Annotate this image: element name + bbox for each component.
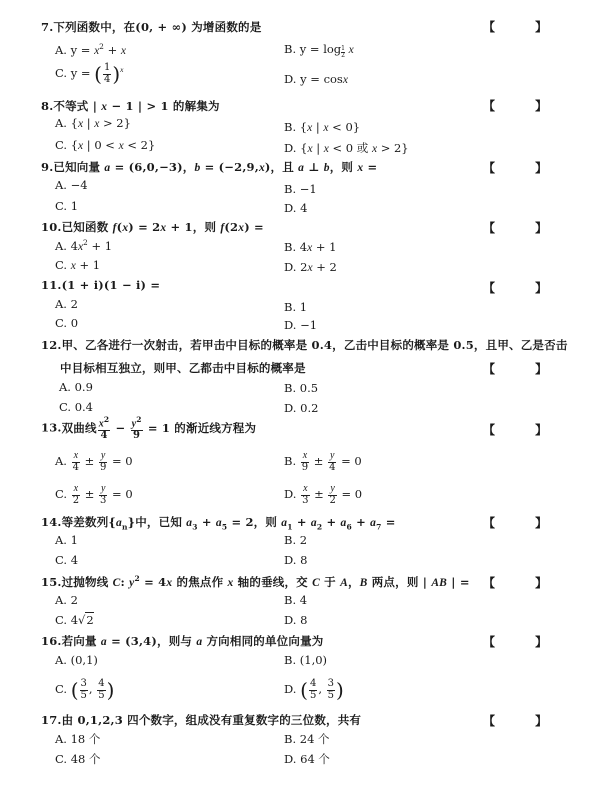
option-8a[interactable]: A. {x | x > 2} bbox=[55, 116, 131, 130]
question-7-stem: 7.下列函数中，在(0, + ∞) 为增函数的是 bbox=[41, 19, 261, 35]
option-17a[interactable]: A. 18 个 bbox=[55, 731, 100, 747]
question-10-stem: 10.已知函数 f(x) = 2x + 1，则 f(2x) = bbox=[41, 219, 264, 235]
option-11b[interactable]: B. 1 bbox=[284, 300, 307, 314]
option-14d[interactable]: D. 8 bbox=[284, 553, 307, 567]
option-16b[interactable]: B. (1,0) bbox=[284, 653, 327, 667]
option-10c[interactable]: C. x + 1 bbox=[55, 258, 100, 272]
option-8b[interactable]: B. {x | x < 0} bbox=[284, 120, 360, 134]
option-9b[interactable]: B. −1 bbox=[284, 182, 317, 196]
option-14b[interactable]: B. 2 bbox=[284, 533, 307, 547]
question-text: 过抛物线 C: y2 = 4x 的焦点作 x 轴的垂线，交 C 于 A，B 两点… bbox=[62, 575, 470, 589]
question-text: 已知函数 f(x) = 2x + 1，则 f(2x) = bbox=[62, 220, 264, 234]
question-number: 11. bbox=[41, 278, 62, 292]
option-15a[interactable]: A. 2 bbox=[55, 593, 78, 607]
option-12a[interactable]: A. 0.9 bbox=[59, 380, 93, 394]
option-15d[interactable]: D. 8 bbox=[284, 613, 307, 627]
option-12b[interactable]: B. 0.5 bbox=[284, 381, 318, 395]
answer-bracket-15[interactable]: 【 】 bbox=[483, 574, 565, 591]
answer-bracket-14[interactable]: 【 】 bbox=[483, 514, 565, 531]
question-number: 9. bbox=[41, 160, 53, 174]
question-12-stem: 12.甲、乙各进行一次射击，若甲击中目标的概率是 0.4，乙击中目标的概率是 0… bbox=[41, 337, 568, 353]
option-12d[interactable]: D. 0.2 bbox=[284, 401, 318, 415]
option-10b[interactable]: B. 4x + 1 bbox=[284, 240, 336, 254]
option-9c[interactable]: C. 1 bbox=[55, 199, 78, 213]
option-11c[interactable]: C. 0 bbox=[55, 316, 78, 330]
option-15b[interactable]: B. 4 bbox=[284, 593, 307, 607]
question-text: 已知向量 a = (6,0,−3)，b = (−2,9,x)，且 a ⊥ b，则… bbox=[53, 160, 377, 174]
option-14c[interactable]: C. 4 bbox=[55, 553, 78, 567]
question-number: 14. bbox=[41, 515, 62, 529]
question-16-stem: 16.若向量 a = (3,4)，则与 a 方向相同的单位向量为 bbox=[41, 633, 323, 649]
option-16d[interactable]: D. (45, 35) bbox=[284, 678, 344, 702]
option-12c[interactable]: C. 0.4 bbox=[59, 400, 93, 414]
question-text: 由 0,1,2,3 四个数字，组成没有重复数字的三位数，共有 bbox=[62, 713, 362, 727]
option-13d[interactable]: D. x3 ± y2 = 0 bbox=[284, 484, 362, 506]
answer-bracket-17[interactable]: 【 】 bbox=[483, 712, 565, 729]
option-8c[interactable]: C. {x | 0 < x < 2} bbox=[55, 138, 155, 152]
question-text: 双曲线x24 − y29 = 1 的渐近线方程为 bbox=[62, 421, 257, 435]
option-13b[interactable]: B. x9 ± y4 = 0 bbox=[284, 451, 362, 473]
answer-bracket-11[interactable]: 【 】 bbox=[483, 279, 565, 296]
option-11d[interactable]: D. −1 bbox=[284, 318, 317, 332]
option-9d[interactable]: D. 4 bbox=[284, 201, 307, 215]
option-9a[interactable]: A. −4 bbox=[55, 178, 88, 192]
question-text: 下列函数中，在(0, + ∞) 为增函数的是 bbox=[53, 20, 261, 34]
question-number: 17. bbox=[41, 713, 62, 727]
question-text: 不等式 | x − 1 | > 1 的解集为 bbox=[53, 99, 219, 113]
answer-bracket-9[interactable]: 【 】 bbox=[483, 159, 565, 176]
question-text: 等差数列{an}中，已知 a3 + a5 = 2，则 a1 + a2 + a6 … bbox=[62, 515, 396, 529]
question-text: (1 + i)(1 − i) = bbox=[62, 278, 161, 292]
answer-bracket-12[interactable]: 【 】 bbox=[483, 360, 565, 377]
option-13a[interactable]: A. x4 ± y9 = 0 bbox=[55, 451, 133, 473]
option-16a[interactable]: A. (0,1) bbox=[55, 653, 98, 667]
option-17c[interactable]: C. 48 个 bbox=[55, 751, 101, 767]
option-17b[interactable]: B. 24 个 bbox=[284, 731, 330, 747]
question-text: 甲、乙各进行一次射击，若甲击中目标的概率是 0.4，乙击中目标的概率是 0.5，… bbox=[62, 338, 568, 352]
option-14a[interactable]: A. 1 bbox=[55, 533, 78, 547]
option-16c[interactable]: C. (35, 45) bbox=[55, 678, 114, 702]
option-15c[interactable]: C. 4√2 bbox=[55, 613, 94, 627]
option-7a[interactable]: A. y = x2 + x bbox=[55, 42, 126, 57]
answer-bracket-10[interactable]: 【 】 bbox=[483, 219, 565, 236]
question-number: 13. bbox=[41, 421, 62, 435]
option-10d[interactable]: D. 2x + 2 bbox=[284, 260, 337, 274]
option-11a[interactable]: A. 2 bbox=[55, 297, 78, 311]
question-number: 12. bbox=[41, 338, 62, 352]
answer-bracket-8[interactable]: 【 】 bbox=[483, 97, 565, 114]
question-number: 15. bbox=[41, 575, 62, 589]
question-15-stem: 15.过抛物线 C: y2 = 4x 的焦点作 x 轴的垂线，交 C 于 A，B… bbox=[41, 574, 470, 590]
question-11-stem: 11.(1 + i)(1 − i) = bbox=[41, 278, 160, 292]
option-7c[interactable]: C. y = (14)x bbox=[55, 62, 124, 86]
question-number: 10. bbox=[41, 220, 62, 234]
question-8-stem: 8.不等式 | x − 1 | > 1 的解集为 bbox=[41, 98, 220, 114]
question-13-stem: 13.双曲线x24 − y29 = 1 的渐近线方程为 bbox=[41, 416, 256, 441]
option-13c[interactable]: C. x2 ± y3 = 0 bbox=[55, 484, 133, 506]
answer-bracket-16[interactable]: 【 】 bbox=[483, 633, 565, 650]
option-7d[interactable]: D. y = cosx bbox=[284, 72, 348, 86]
answer-bracket-7[interactable]: 【 】 bbox=[483, 18, 565, 35]
question-12-stem-continued: 中目标相互独立，则甲、乙都击中目标的概率是 bbox=[60, 360, 306, 376]
option-8d[interactable]: D. {x | x < 0 或 x > 2} bbox=[284, 140, 409, 156]
option-17d[interactable]: D. 64 个 bbox=[284, 751, 330, 767]
question-17-stem: 17.由 0,1,2,3 四个数字，组成没有重复数字的三位数，共有 bbox=[41, 712, 361, 728]
question-number: 7. bbox=[41, 20, 53, 34]
question-9-stem: 9.已知向量 a = (6,0,−3)，b = (−2,9,x)，且 a ⊥ b… bbox=[41, 159, 377, 175]
question-number: 16. bbox=[41, 634, 62, 648]
option-7b[interactable]: B. y = log12 x bbox=[284, 42, 354, 59]
question-text: 若向量 a = (3,4)，则与 a 方向相同的单位向量为 bbox=[62, 634, 324, 648]
question-number: 8. bbox=[41, 99, 53, 113]
option-10a[interactable]: A. 4x2 + 1 bbox=[55, 238, 112, 253]
answer-bracket-13[interactable]: 【 】 bbox=[483, 421, 565, 438]
question-14-stem: 14.等差数列{an}中，已知 a3 + a5 = 2，则 a1 + a2 + … bbox=[41, 514, 396, 531]
